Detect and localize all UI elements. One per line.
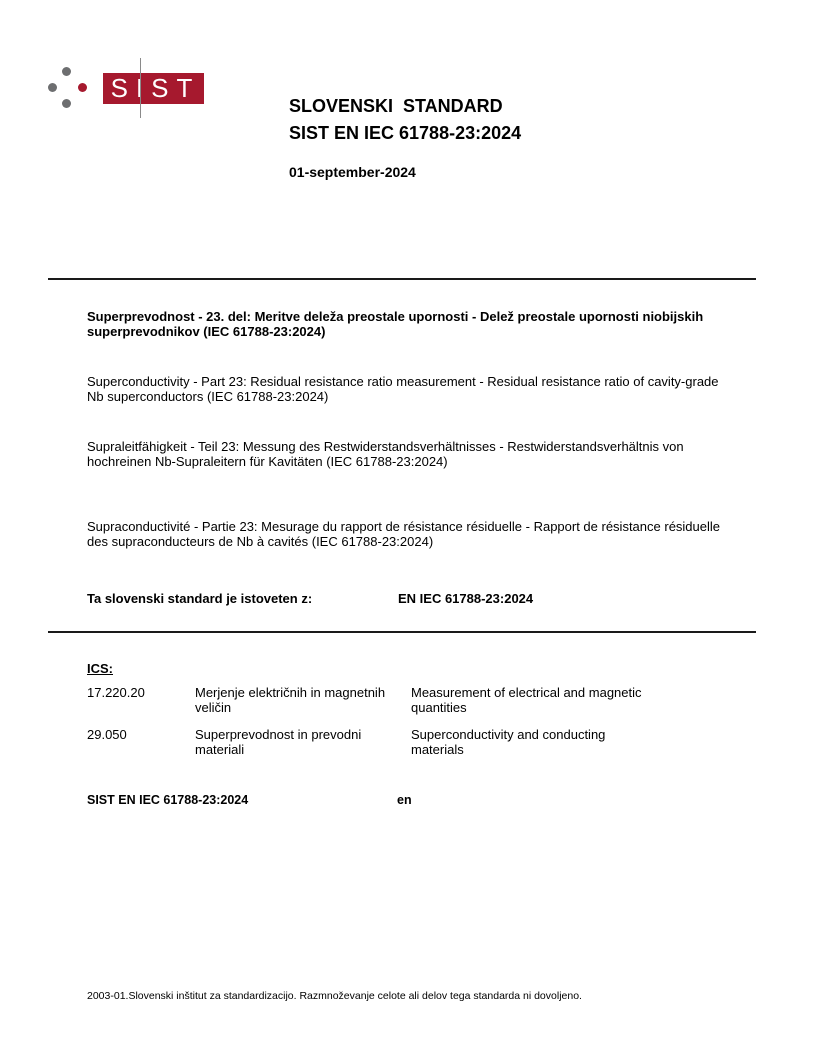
designation-language: en xyxy=(397,793,412,808)
designation-code: SIST EN IEC 61788-23:2024 xyxy=(87,793,248,807)
logo-divider xyxy=(140,58,141,118)
logo-dot-icon xyxy=(62,67,71,76)
ics-description-en: Superconductivity and conducting materia… xyxy=(411,727,651,757)
logo-dot-icon xyxy=(62,99,71,108)
identical-value: EN IEC 61788-23:2024 xyxy=(398,592,533,607)
divider-bottom xyxy=(48,631,756,633)
logo-dot-red-icon xyxy=(78,83,87,92)
ics-description-sl: Merjenje električnih in magnetnih veliči… xyxy=(195,685,400,715)
title-german: Supraleitfähigkeit - Teil 23: Messung de… xyxy=(87,440,737,469)
standard-type-heading: SLOVENSKI STANDARD xyxy=(289,95,503,117)
copyright-footer: 2003-01.Slovenski inštitut za standardiz… xyxy=(87,990,582,1002)
ics-label: ICS: xyxy=(87,661,113,676)
publication-date: 01-september-2024 xyxy=(289,164,416,180)
ics-code: 17.220.20 xyxy=(87,685,187,700)
identical-to: Ta slovenski standard je istoveten z: EN… xyxy=(87,592,737,607)
title-slovenian: Superprevodnost - 23. del: Meritve delež… xyxy=(87,310,737,339)
standard-number-heading: SIST EN IEC 61788-23:2024 xyxy=(289,122,521,144)
title-french: Supraconductivité - Partie 23: Mesurage … xyxy=(87,520,737,549)
ics-description-sl: Superprevodnost in prevodni materiali xyxy=(195,727,400,757)
designation: SIST EN IEC 61788-23:2024 en xyxy=(87,793,737,808)
identical-label: Ta slovenski standard je istoveten z: xyxy=(87,591,312,606)
ics-description-en: Measurement of electrical and magnetic q… xyxy=(411,685,651,715)
logo-dot-icon xyxy=(48,83,57,92)
title-english: Superconductivity - Part 23: Residual re… xyxy=(87,375,737,404)
ics-code: 29.050 xyxy=(87,727,187,742)
divider-top xyxy=(48,278,756,280)
logo-wordmark: SIST xyxy=(103,73,204,104)
